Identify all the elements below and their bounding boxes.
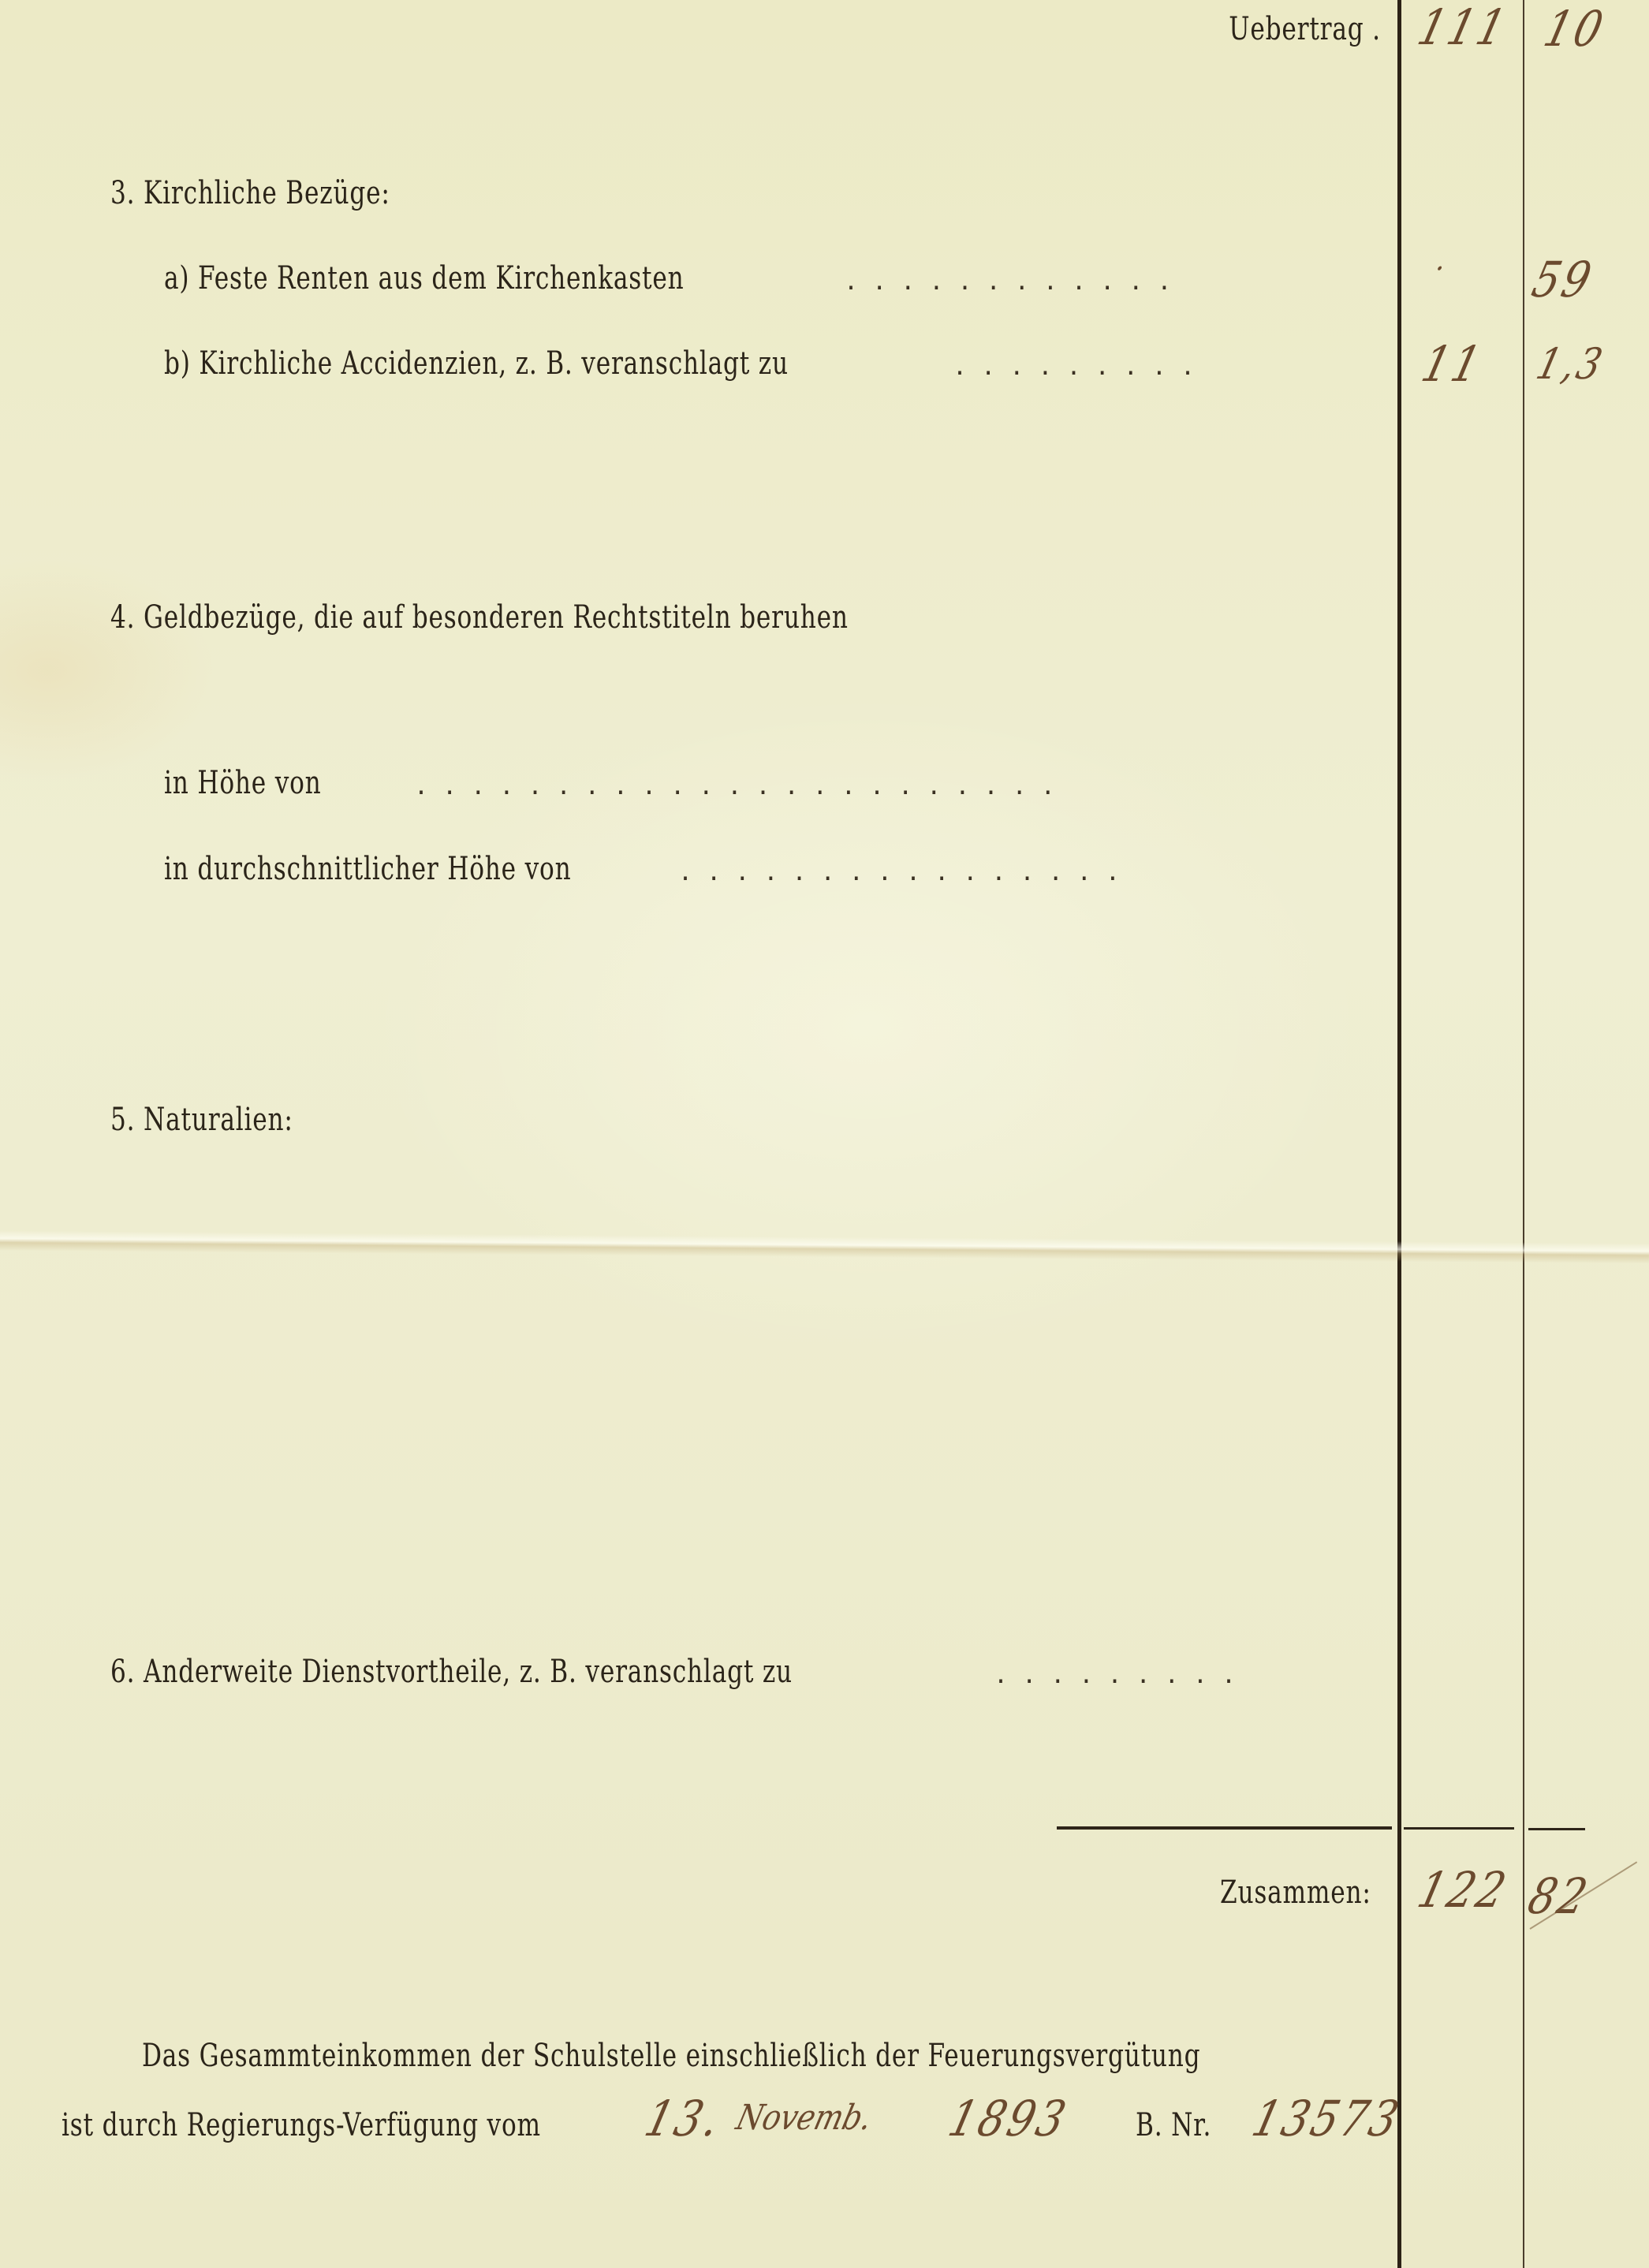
section-4-average-leader-dots: . . . . . . . . . . . . . . . . xyxy=(678,859,1120,886)
total-separator-rule-sub xyxy=(1528,1828,1585,1830)
carryover-label: Uebertrag . xyxy=(1229,11,1381,47)
section-4-average-label: in durchschnittlicher Höhe von xyxy=(164,851,571,887)
section-title: Kirchliche Bezüge: xyxy=(144,175,390,211)
section-3a-amount-main: · xyxy=(1431,251,1451,287)
section-3a-amount-sub: 59 xyxy=(1527,251,1599,308)
footer-date-year: 1893 xyxy=(943,2090,1074,2147)
total-amount-sub: 82 xyxy=(1523,1867,1595,1925)
total-amount-main: 122 xyxy=(1412,1861,1514,1919)
section-3b-amount-main: 11 xyxy=(1416,335,1489,393)
section-number: 4. xyxy=(110,599,135,636)
section-3b-label: b) Kirchliche Accidenzien, z. B. veransc… xyxy=(164,345,789,382)
section-number: 5. xyxy=(110,1102,135,1138)
section-title: Naturalien: xyxy=(144,1102,293,1138)
section-3b-amount-sub: 1,3 xyxy=(1531,339,1610,389)
section-number: 3. xyxy=(110,175,135,211)
section-4-height-label: in Höhe von xyxy=(164,765,322,801)
carryover-amount-main: 111 xyxy=(1412,0,1514,56)
footer-ref-label: B. Nr. xyxy=(1136,2107,1211,2143)
section-4-height-leader-dots: . . . . . . . . . . . . . . . . . . . . … xyxy=(414,773,1055,800)
paper-fold-crease xyxy=(0,1230,1649,1263)
footer-date-day: 13. xyxy=(640,2090,728,2147)
section-3a-label: a) Feste Renten aus dem Kirchenkasten xyxy=(164,260,684,297)
section-5-heading: 5. Naturalien: xyxy=(110,1102,293,1138)
section-4-heading: 4. Geldbezüge, die auf besonderen Rechts… xyxy=(110,599,849,636)
section-title: Anderweite Dienstvortheile, z. B. verans… xyxy=(144,1654,793,1690)
section-title: Geldbezüge, die auf besonderen Rechtstit… xyxy=(144,599,849,636)
footer-line-1: Das Gesammteinkommen der Schulstelle ein… xyxy=(142,2038,1200,2074)
amount-column-divider-thick xyxy=(1397,0,1401,2268)
section-3a-leader-dots: . . . . . . . . . . . . xyxy=(844,268,1171,296)
section-3b-leader-dots: . . . . . . . . . xyxy=(953,353,1195,381)
total-separator-rule xyxy=(1057,1826,1392,1830)
section-6-heading: 6. Anderweite Dienstvortheile, z. B. ver… xyxy=(110,1654,793,1690)
footer-ref-number: 13573 xyxy=(1247,2090,1407,2147)
total-separator-rule-main xyxy=(1404,1827,1514,1830)
section-number: 6. xyxy=(110,1654,135,1690)
carryover-amount-sub: 10 xyxy=(1539,0,1611,58)
subamount-column-divider-thin xyxy=(1523,0,1524,2268)
section-3-heading: 3. Kirchliche Bezüge: xyxy=(110,175,390,211)
section-6-leader-dots: . . . . . . . . . xyxy=(994,1662,1236,1689)
footer-date-month: Novemb. xyxy=(733,2098,877,2138)
total-label: Zusammen: xyxy=(1220,1874,1371,1911)
footer-line-2-prefix: ist durch Regierungs-Verfügung vom xyxy=(62,2107,541,2143)
